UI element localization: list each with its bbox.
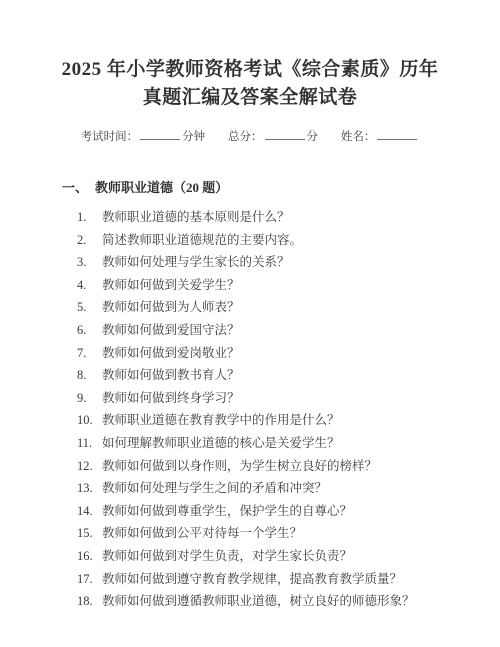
question-number: 7. bbox=[77, 346, 93, 361]
total-score-blank-line bbox=[265, 129, 305, 140]
question-item: 15.教师如何做到公平对待每一个学生？ bbox=[77, 523, 480, 546]
question-number: 6. bbox=[77, 323, 93, 338]
question-number: 12. bbox=[77, 459, 93, 474]
question-item: 4.教师如何做到关爱学生？ bbox=[77, 275, 480, 298]
total-score-group: 总分：分 bbox=[228, 128, 318, 144]
exam-time-blank-line bbox=[140, 129, 180, 140]
question-item: 9.教师如何做到终身学习？ bbox=[77, 388, 480, 411]
question-item: 7.教师如何做到爱岗敬业？ bbox=[77, 343, 480, 366]
question-list: 1.教师职业道德的基本原则是什么？ 2.简述教师职业道德规范的主要内容。 3.教… bbox=[0, 207, 500, 614]
question-item: 8.教师如何做到教书育人？ bbox=[77, 365, 480, 388]
question-item: 17.教师如何做到遵守教育教学规律，提高教育教学质量？ bbox=[77, 569, 480, 592]
document-title: 2025 年小学教师资格考试《综合素质》历年 真题汇编及答案全解试卷 bbox=[38, 56, 462, 112]
name-label: 姓名： bbox=[341, 131, 376, 143]
question-number: 3. bbox=[77, 255, 93, 270]
question-text: 简述教师职业道德规范的主要内容。 bbox=[102, 230, 302, 248]
question-text: 如何理解教师职业道德的核心是关爱学生？ bbox=[102, 433, 340, 451]
question-text: 教师如何做到尊重学生，保护学生的自尊心？ bbox=[102, 501, 352, 519]
question-item: 14.教师如何做到尊重学生，保护学生的自尊心？ bbox=[77, 501, 480, 524]
question-text: 教师如何做到教书育人？ bbox=[102, 365, 240, 383]
question-item: 6.教师如何做到爱国守法？ bbox=[77, 320, 480, 343]
exam-meta-line: 考试时间：分钟 总分：分 姓名： bbox=[0, 128, 500, 144]
question-text: 教师如何做到对学生负责，对学生家长负责？ bbox=[102, 546, 352, 564]
question-text: 教师如何处理与学生家长的关系？ bbox=[102, 252, 290, 270]
question-number: 17. bbox=[77, 572, 93, 587]
question-number: 8. bbox=[77, 368, 93, 383]
question-number: 9. bbox=[77, 391, 93, 406]
question-number: 16. bbox=[77, 549, 93, 564]
section-heading: 一、教师职业道德（20 题） bbox=[62, 177, 500, 196]
total-score-label: 总分： bbox=[228, 131, 263, 143]
question-number: 1. bbox=[77, 210, 93, 225]
question-item: 3.教师如何处理与学生家长的关系？ bbox=[77, 252, 480, 275]
exam-time-group: 考试时间：分钟 bbox=[81, 128, 206, 144]
section-title: 教师职业道德（20 题） bbox=[95, 180, 228, 195]
question-number: 13. bbox=[77, 481, 93, 496]
document-page: 2025 年小学教师资格考试《综合素质》历年 真题汇编及答案全解试卷 考试时间：… bbox=[0, 0, 500, 647]
name-group: 姓名： bbox=[341, 128, 420, 144]
total-score-suffix: 分 bbox=[307, 131, 319, 143]
question-item: 2.简述教师职业道德规范的主要内容。 bbox=[77, 230, 480, 253]
question-text: 教师如何做到关爱学生？ bbox=[102, 275, 240, 293]
question-text: 教师如何做到终身学习？ bbox=[102, 388, 240, 406]
question-number: 14. bbox=[77, 504, 93, 519]
section-number: 一、 bbox=[62, 180, 88, 195]
title-line-1: 2025 年小学教师资格考试《综合素质》历年 bbox=[38, 56, 462, 84]
question-item: 12.教师如何做到以身作则，为学生树立良好的榜样？ bbox=[77, 456, 480, 479]
question-number: 18. bbox=[77, 594, 93, 609]
question-text: 教师如何做到公平对待每一个学生？ bbox=[102, 523, 302, 541]
question-text: 教师职业道德的基本原则是什么？ bbox=[102, 207, 290, 225]
question-text: 教师如何做到遵循教师职业道德，树立良好的师德形象？ bbox=[102, 591, 415, 609]
question-item: 11.如何理解教师职业道德的核心是关爱学生？ bbox=[77, 433, 480, 456]
question-item: 13.教师如何处理与学生之间的矛盾和冲突？ bbox=[77, 478, 480, 501]
question-item: 5.教师如何做到为人师表？ bbox=[77, 297, 480, 320]
title-line-2: 真题汇编及答案全解试卷 bbox=[38, 84, 462, 112]
question-text: 教师如何做到以身作则，为学生树立良好的榜样？ bbox=[102, 456, 377, 474]
question-number: 2. bbox=[77, 233, 93, 248]
question-number: 4. bbox=[77, 278, 93, 293]
question-text: 教师职业道德在教育教学中的作用是什么？ bbox=[102, 410, 340, 428]
question-text: 教师如何做到爱岗敬业？ bbox=[102, 343, 240, 361]
question-text: 教师如何做到爱国守法？ bbox=[102, 320, 240, 338]
exam-time-label: 考试时间： bbox=[81, 131, 139, 143]
question-text: 教师如何处理与学生之间的矛盾和冲突？ bbox=[102, 478, 327, 496]
question-number: 5. bbox=[77, 300, 93, 315]
question-number: 10. bbox=[77, 413, 93, 428]
question-item: 10.教师职业道德在教育教学中的作用是什么？ bbox=[77, 410, 480, 433]
question-item: 16.教师如何做到对学生负责，对学生家长负责？ bbox=[77, 546, 480, 569]
question-item: 1.教师职业道德的基本原则是什么？ bbox=[77, 207, 480, 230]
question-number: 11. bbox=[77, 436, 93, 451]
question-text: 教师如何做到为人师表？ bbox=[102, 297, 240, 315]
question-number: 15. bbox=[77, 526, 93, 541]
question-item: 18.教师如何做到遵循教师职业道德，树立良好的师德形象？ bbox=[77, 591, 480, 614]
name-blank-line bbox=[377, 129, 417, 140]
question-text: 教师如何做到遵守教育教学规律，提高教育教学质量？ bbox=[102, 569, 402, 587]
exam-time-suffix: 分钟 bbox=[182, 131, 205, 143]
